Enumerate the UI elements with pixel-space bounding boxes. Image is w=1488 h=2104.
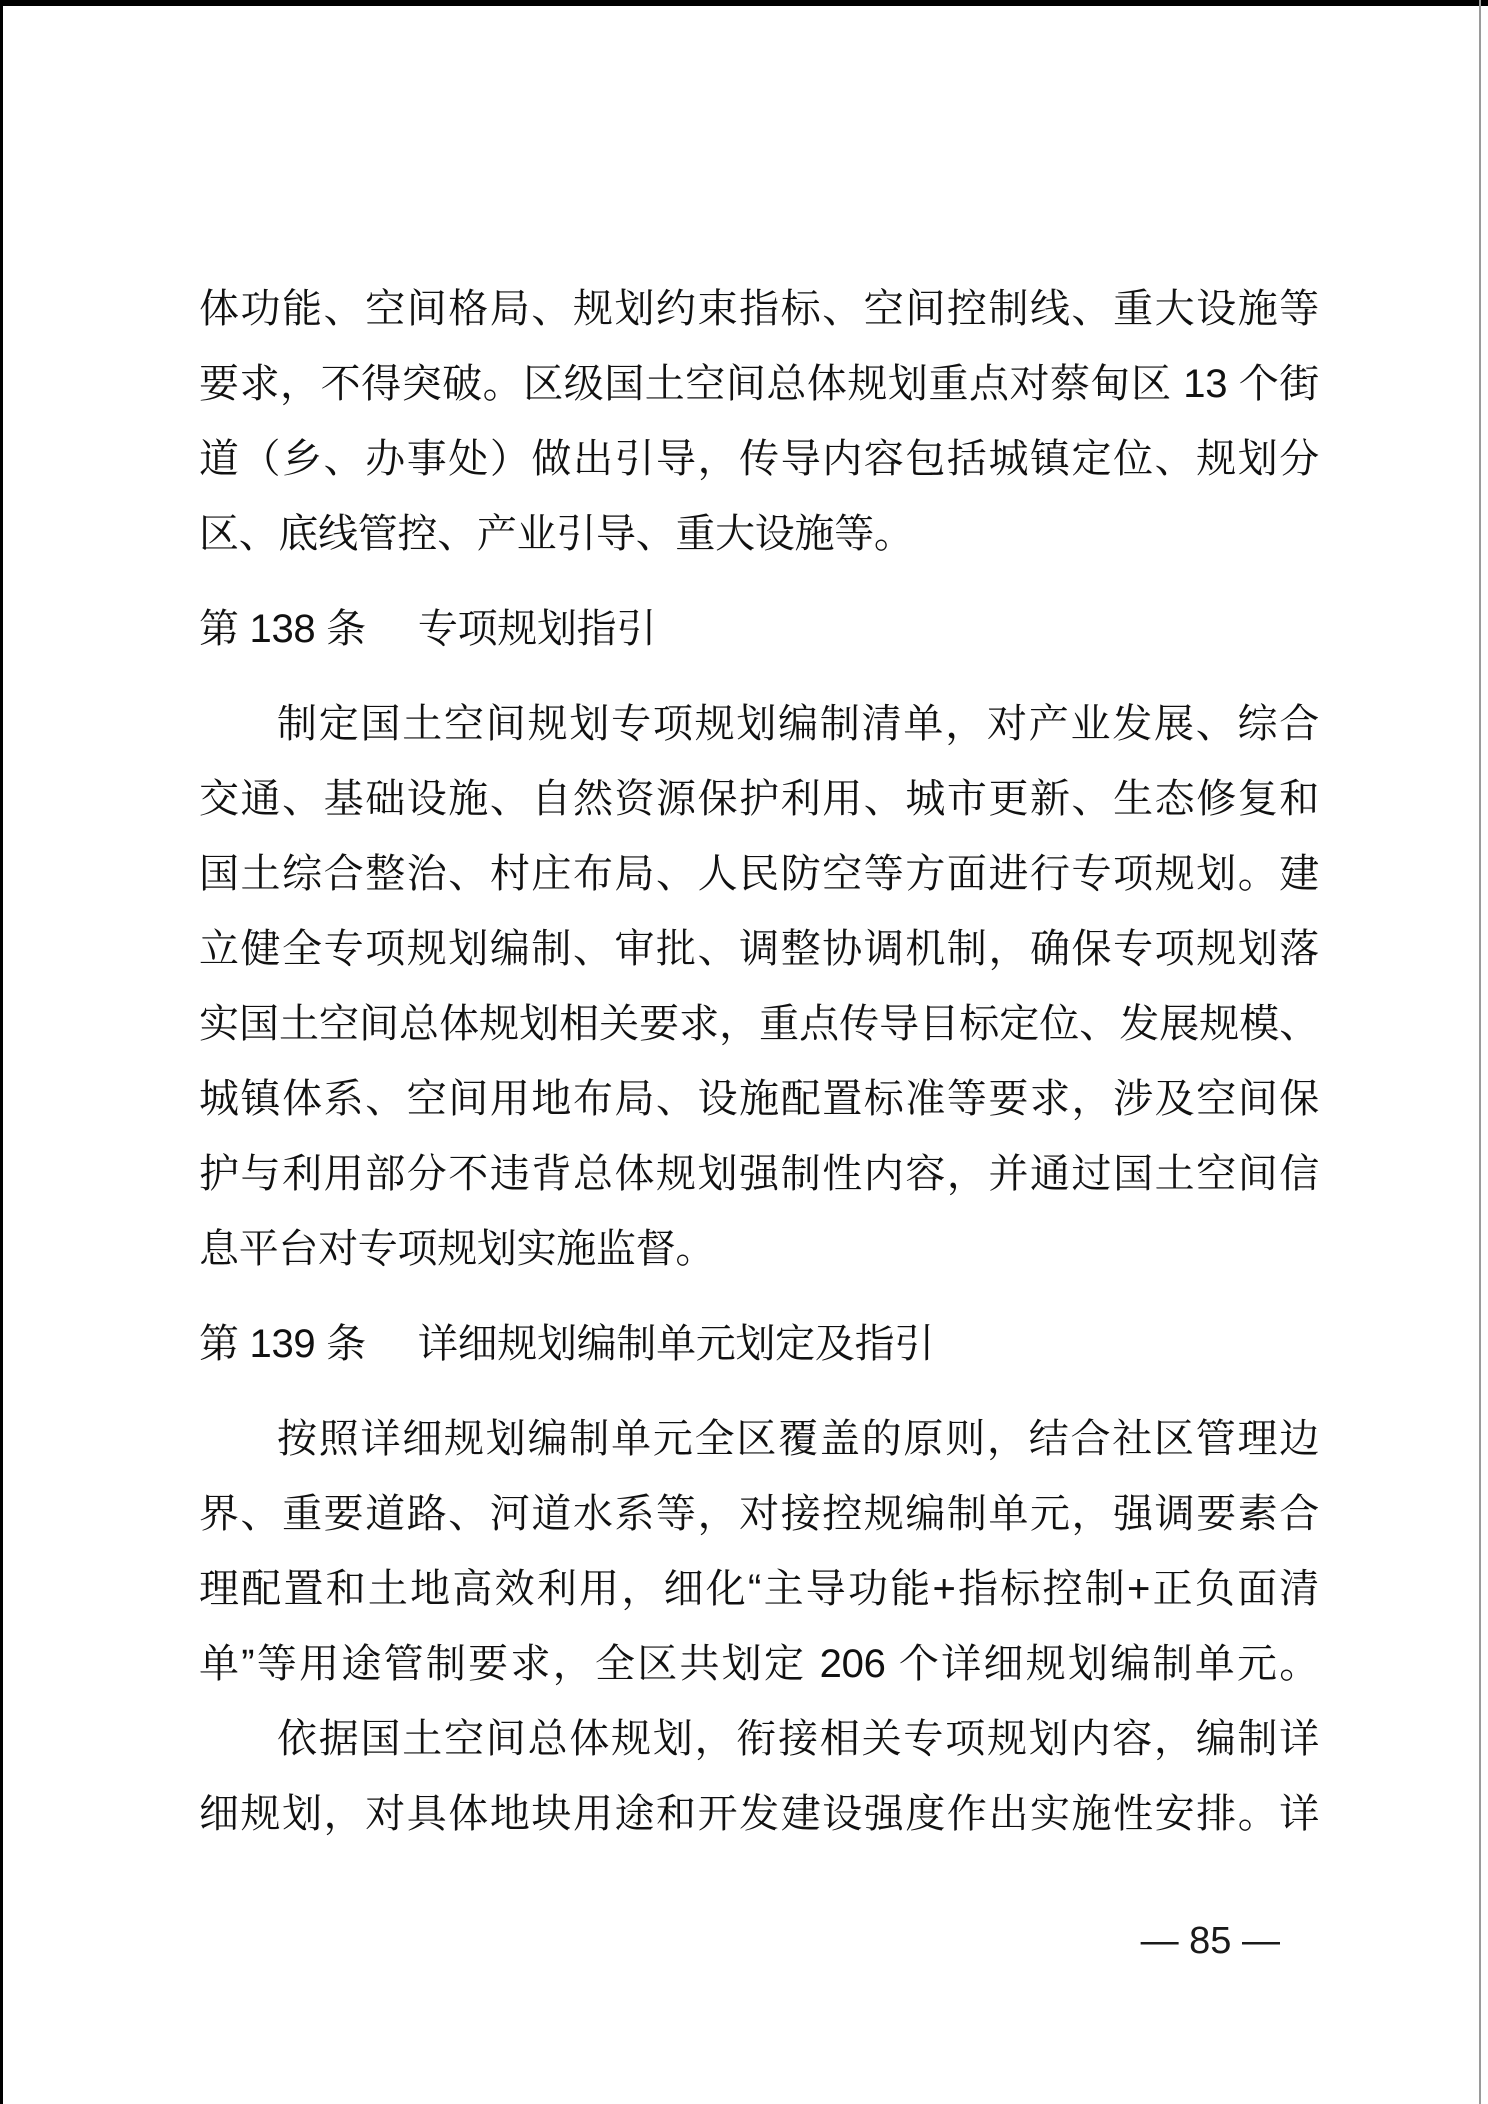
text-line: 要求，不得突破。区级国土空间总体规划重点对蔡甸区 13 个街 — [199, 347, 1319, 422]
text-line: 交通、基础设施、自然资源保护利用、城市更新、生态修复和 — [199, 762, 1319, 837]
text-line: 护与利用部分不违背总体规划强制性内容，并通过国土空间信 — [199, 1137, 1319, 1212]
article-title: 详细规划编制单元划定及指引 — [418, 1322, 934, 1366]
text-line: 单”等用途管制要求，全区共划定 206 个详细规划编制单元。 — [199, 1627, 1319, 1702]
text-line: 区、底线管控、产业引导、重大设施等。 — [199, 497, 1319, 572]
page-edge-top — [0, 0, 1488, 6]
text-line: 细规划，对具体地块用途和开发建设强度作出实施性安排。详 — [199, 1777, 1319, 1852]
paragraph: 依据国土空间总体规划，衔接相关专项规划内容，编制详细规划，对具体地块用途和开发建… — [199, 1702, 1319, 1852]
text-line: 息平台对专项规划实施监督。 — [199, 1212, 1319, 1287]
text-line: 制定国土空间规划专项规划编制清单，对产业发展、综合 — [199, 687, 1319, 762]
text-line: 依据国土空间总体规划，衔接相关专项规划内容，编制详 — [199, 1702, 1319, 1777]
text-line: 道（乡、办事处）做出引导，传导内容包括城镇定位、规划分 — [199, 422, 1319, 497]
text-line: 理配置和土地高效利用，细化“主导功能+指标控制+正负面清 — [199, 1552, 1319, 1627]
page-footer: — 85 — — [1141, 1916, 1280, 1966]
article-number: 第 138 条 — [199, 592, 366, 667]
page-edge-left — [0, 0, 3, 2104]
article-heading: 第 139 条详细规划编制单元划定及指引 — [199, 1307, 1319, 1382]
document-page: 体功能、空间格局、规划约束指标、空间控制线、重大设施等要求，不得突破。区级国土空… — [0, 0, 1488, 2104]
article-number: 第 139 条 — [199, 1307, 366, 1382]
page-number: — 85 — — [1141, 1920, 1280, 1962]
paragraph: 按照详细规划编制单元全区覆盖的原则，结合社区管理边界、重要道路、河道水系等，对接… — [199, 1402, 1319, 1702]
text-line: 体功能、空间格局、规划约束指标、空间控制线、重大设施等 — [199, 272, 1319, 347]
text-line: 界、重要道路、河道水系等，对接控规编制单元，强调要素合 — [199, 1477, 1319, 1552]
text-line: 国土综合整治、村庄布局、人民防空等方面进行专项规划。建 — [199, 837, 1319, 912]
text-line: 城镇体系、空间用地布局、设施配置标准等要求，涉及空间保 — [199, 1062, 1319, 1137]
paragraph: 体功能、空间格局、规划约束指标、空间控制线、重大设施等要求，不得突破。区级国土空… — [199, 272, 1319, 572]
article-title: 专项规划指引 — [418, 607, 656, 651]
page-edge-right — [1479, 0, 1481, 2104]
text-line: 立健全专项规划编制、审批、调整协调机制，确保专项规划落 — [199, 912, 1319, 987]
paragraph: 制定国土空间规划专项规划编制清单，对产业发展、综合交通、基础设施、自然资源保护利… — [199, 687, 1319, 1287]
article-heading: 第 138 条专项规划指引 — [199, 592, 1319, 667]
text-line: 按照详细规划编制单元全区覆盖的原则，结合社区管理边 — [199, 1402, 1319, 1477]
text-line: 实国土空间总体规划相关要求，重点传导目标定位、发展规模、 — [199, 987, 1319, 1062]
document-body: 体功能、空间格局、规划约束指标、空间控制线、重大设施等要求，不得突破。区级国土空… — [199, 272, 1319, 1852]
